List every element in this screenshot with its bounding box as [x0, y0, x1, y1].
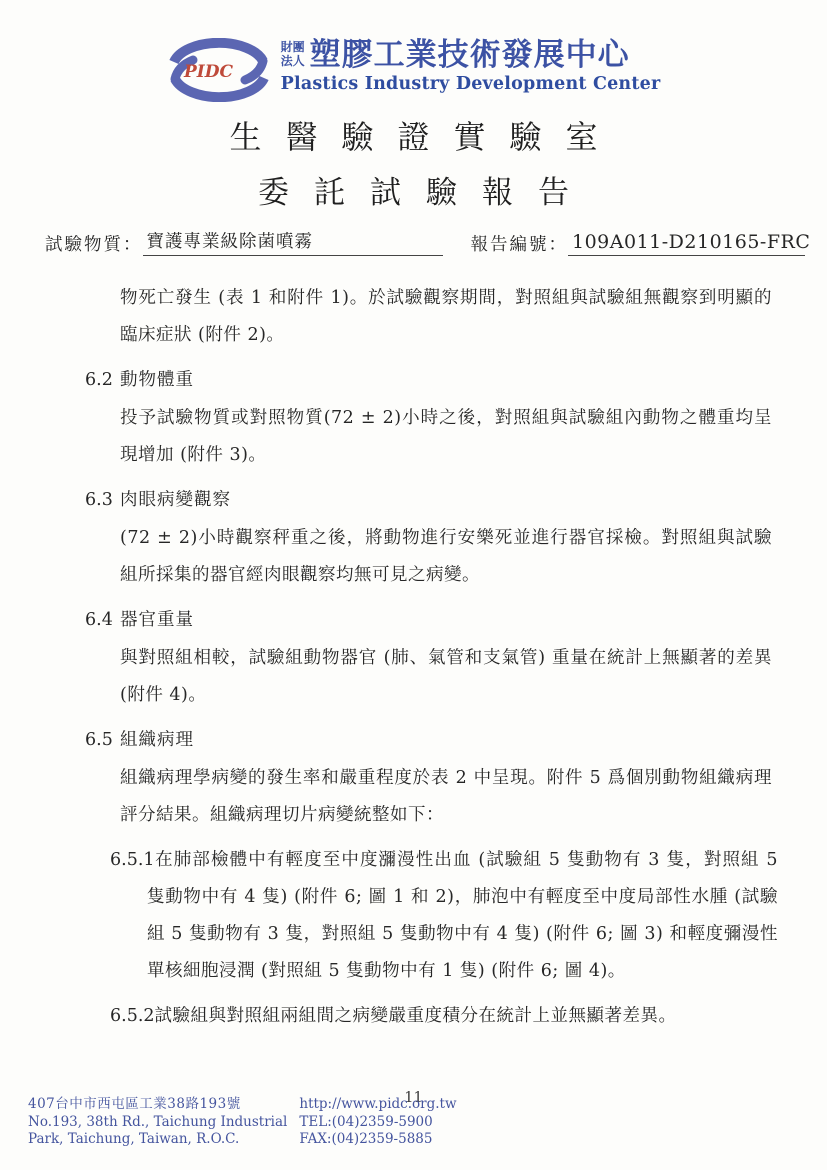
pidc-logo-text: PIDC	[183, 62, 233, 82]
substance-field: 試驗物質： 寶護專業級除菌噴霧	[45, 228, 443, 256]
section-number: 6.3	[85, 482, 120, 519]
section-number: 6.5	[85, 722, 120, 759]
section-6-5: 6.5 組織病理 組織病理學病變的發生率和嚴重程度於表 2 中呈現。附件 5 爲…	[85, 722, 777, 834]
footer-address-en-line2: Park, Taichung, Taiwan, R.O.C.	[28, 1131, 287, 1149]
subsection-number: 6.5.2	[110, 1006, 155, 1026]
section-6-4: 6.4 器官重量 與對照組相較，試驗組動物器官 (肺、氣管和支氣管) 重量在統計…	[85, 602, 777, 714]
footer-website: http://www.pidc.org.tw	[299, 1096, 456, 1114]
footer-fax: FAX:(04)2359-5885	[299, 1131, 456, 1149]
doc-title-line1: 生醫驗證實驗室	[0, 112, 827, 158]
section-paragraph: 投予試驗物質或對照物質(72 ± 2)小時之後，對照組與試驗組內動物之體重均呈現…	[120, 400, 772, 474]
section-6-2: 6.2 動物體重 投予試驗物質或對照物質(72 ± 2)小時之後，對照組與試驗組…	[85, 362, 777, 474]
org-name-en: Plastics Industry Development Center	[281, 74, 661, 94]
section-title: 動物體重	[120, 362, 194, 399]
field-row: 試驗物質： 寶護專業級除菌噴霧 報告編號： 109A011-D210165-FR…	[0, 228, 827, 256]
section-title: 組織病理	[120, 722, 194, 759]
footer-tel: TEL:(04)2359-5900	[299, 1114, 456, 1132]
footer-address-en-line1: No.193, 38th Rd., Taichung Industrial	[28, 1114, 287, 1132]
section-paragraph: (72 ± 2)小時觀察秤重之後，將動物進行安樂死並進行器官採檢。對照組與試驗組…	[120, 520, 772, 594]
substance-label: 試驗物質：	[45, 231, 143, 256]
subsection-text: 試驗組與對照組兩組間之病變嚴重度積分在統計上並無顯著差異。	[155, 1006, 677, 1026]
footer-contact-block: http://www.pidc.org.tw TEL:(04)2359-5900…	[299, 1096, 456, 1149]
subsection-6-5-2: 6.5.2試驗組與對照組兩組間之病變嚴重度積分在統計上並無顯著差異。	[85, 998, 777, 1035]
report-page: PIDC 財團 法人 塑膠工業技術發展中心 Plastics Industry …	[0, 0, 827, 1170]
subsection-text: 在肺部檢體中有輕度至中度瀰漫性出血 (試驗組 5 隻動物有 3 隻，對照組 5 …	[147, 850, 778, 981]
report-body: 物死亡發生 (表 1 和附件 1)。於試驗觀察期間，對照組與試驗組無觀察到明顯的…	[0, 280, 827, 1035]
report-no-value: 109A011-D210165-FRC	[568, 231, 805, 256]
doc-title-line2: 委託試驗報告	[0, 167, 827, 212]
footer-address-zh: 407台中市西屯區工業38路193號	[28, 1096, 287, 1114]
report-header: PIDC 財團 法人 塑膠工業技術發展中心 Plastics Industry …	[0, 0, 827, 212]
section-number: 6.4	[85, 602, 120, 639]
section-paragraph: 組織病理學病變的發生率和嚴重程度於表 2 中呈現。附件 5 爲個別動物組織病理評…	[120, 760, 772, 834]
section-number: 6.2	[85, 362, 120, 399]
logo-row: PIDC 財團 法人 塑膠工業技術發展中心 Plastics Industry …	[0, 38, 827, 102]
footer: 407台中市西屯區工業38路193號 No.193, 38th Rd., Tai…	[28, 1096, 457, 1149]
subsection-6-5-1: 6.5.1在肺部檢體中有輕度至中度瀰漫性出血 (試驗組 5 隻動物有 3 隻，對…	[85, 842, 777, 990]
report-no-label: 報告編號：	[471, 231, 569, 256]
substance-value: 寶護專業級除菌噴霧	[143, 228, 443, 256]
corp-type-label: 財團 法人	[281, 41, 305, 69]
org-name-zh: 塑膠工業技術發展中心	[310, 38, 630, 72]
footer-address-block: 407台中市西屯區工業38路193號 No.193, 38th Rd., Tai…	[28, 1096, 287, 1149]
intro-paragraph: 物死亡發生 (表 1 和附件 1)。於試驗觀察期間，對照組與試驗組無觀察到明顯的…	[120, 280, 772, 354]
subsection-number: 6.5.1	[110, 850, 155, 870]
report-no-field: 報告編號： 109A011-D210165-FRC	[471, 231, 806, 256]
section-paragraph: 與對照組相較，試驗組動物器官 (肺、氣管和支氣管) 重量在統計上無顯著的差異 (…	[120, 640, 772, 714]
section-title: 肉眼病變觀察	[120, 482, 231, 519]
section-6-3: 6.3 肉眼病變觀察 (72 ± 2)小時觀察秤重之後，將動物進行安樂死並進行器…	[85, 482, 777, 594]
pidc-logo-icon: PIDC	[167, 38, 271, 102]
section-title: 器官重量	[120, 602, 194, 639]
org-name-block: 財團 法人 塑膠工業技術發展中心 Plastics Industry Devel…	[281, 38, 661, 94]
